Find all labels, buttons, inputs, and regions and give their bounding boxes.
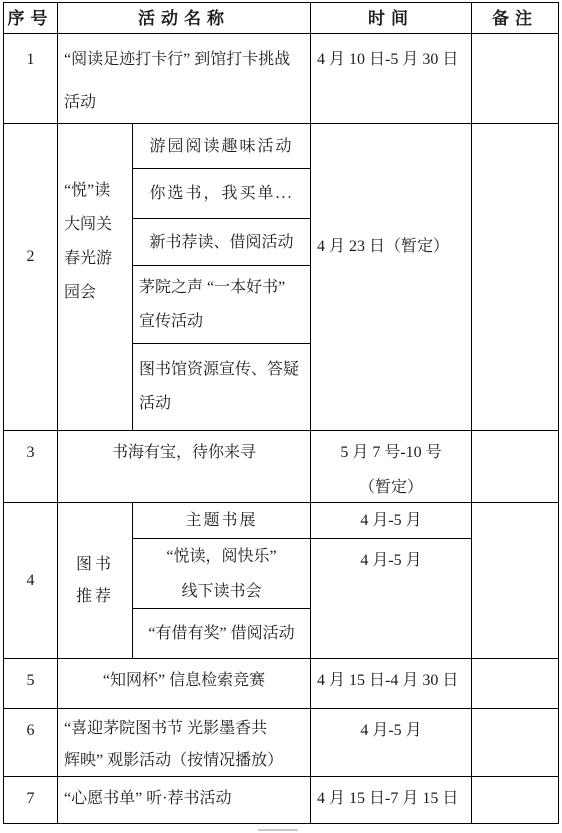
row-7-time-cell: 4 月 15 日-7 月 15 日 <box>310 776 471 824</box>
row-5-activity-cell: “知网杯” 信息检索竞赛 <box>57 658 310 708</box>
row-4-subactivity-cell: 主题书展 <box>132 502 310 538</box>
row-5-note-cell <box>471 658 559 708</box>
row-6-activity-cell: “喜迎茅院图书节 光影墨香共 辉映” 观影活动（按情况播放） <box>57 708 310 776</box>
row-3-time-cell: 5 月 7 号-10 号 （暂定） <box>310 430 471 502</box>
row-4-seq-cell: 4 <box>3 502 57 658</box>
row-1-activity-cell: “阅读足迹打卡行” 到馆打卡挑战 活动 <box>57 33 310 123</box>
row-3-note-cell <box>471 430 559 502</box>
row-2-seq-cell: 2 <box>3 123 57 430</box>
row-1-seq-cell: 1 <box>3 33 57 123</box>
row-2-time-cell: 4 月 23 日（暂定） <box>310 123 471 430</box>
row-6-note-cell <box>471 708 559 776</box>
row-5-time-cell: 4 月 15 日-4 月 30 日 <box>310 658 471 708</box>
row-2-subactivity-cell: 游园阅读趣味活动 <box>132 123 310 168</box>
header-cell-time: 时间 <box>310 2 471 33</box>
row-3-seq-cell: 3 <box>3 430 57 502</box>
row-2-subactivity-cell: 茅院之声 “一本好书” 宣传活动 <box>132 265 310 343</box>
row-1-time-cell: 4 月 10 日-5 月 30 日 <box>310 33 471 123</box>
row-4-time-cell: 4 月-5 月 <box>310 502 471 538</box>
row-7-seq-cell: 7 <box>3 776 57 824</box>
document-page: 序号 活动名称 时间 备注 1 “阅读足迹打卡行” 到馆打卡挑战 活动 4 月 … <box>0 0 562 833</box>
row-2-note-cell <box>471 123 559 430</box>
row-4-subactivity-cell: “有借有奖” 借阅活动 <box>132 608 310 658</box>
row-6-time-cell: 4 月-5 月 <box>310 708 471 776</box>
header-cell-activity: 活动名称 <box>57 2 310 33</box>
row-7-activity-cell: “心愿书单” 听·荐书活动 <box>57 776 310 824</box>
row-7-note-cell <box>471 776 559 824</box>
row-3-activity-cell: 书海有宝，待你来寻 <box>57 430 310 502</box>
row-2-subactivity-cell: 你选书，我买单... <box>132 168 310 218</box>
row-4-group-activity-cell: 图书 推荐 <box>57 502 132 658</box>
header-cell-seq: 序号 <box>3 2 57 33</box>
page-bottom-artifact <box>258 829 298 831</box>
row-1-note-cell <box>471 33 559 123</box>
row-2-subactivity-cell: 新书荐读、借阅活动 <box>132 218 310 265</box>
row-4-subactivity-cell: “悦读，阅快乐” 线下读书会 <box>132 538 310 608</box>
row-2-group-activity-cell: “悦”读 大闯关 春光游 园会 <box>57 123 132 430</box>
row-6-seq-cell: 6 <box>3 708 57 776</box>
header-cell-note: 备注 <box>471 2 559 33</box>
row-2-subactivity-cell: 图书馆资源宣传、答疑 活动 <box>132 343 310 430</box>
row-5-seq-cell: 5 <box>3 658 57 708</box>
row-4-note-cell <box>471 502 559 658</box>
row-4-time-cell: 4 月-5 月 <box>310 538 471 658</box>
